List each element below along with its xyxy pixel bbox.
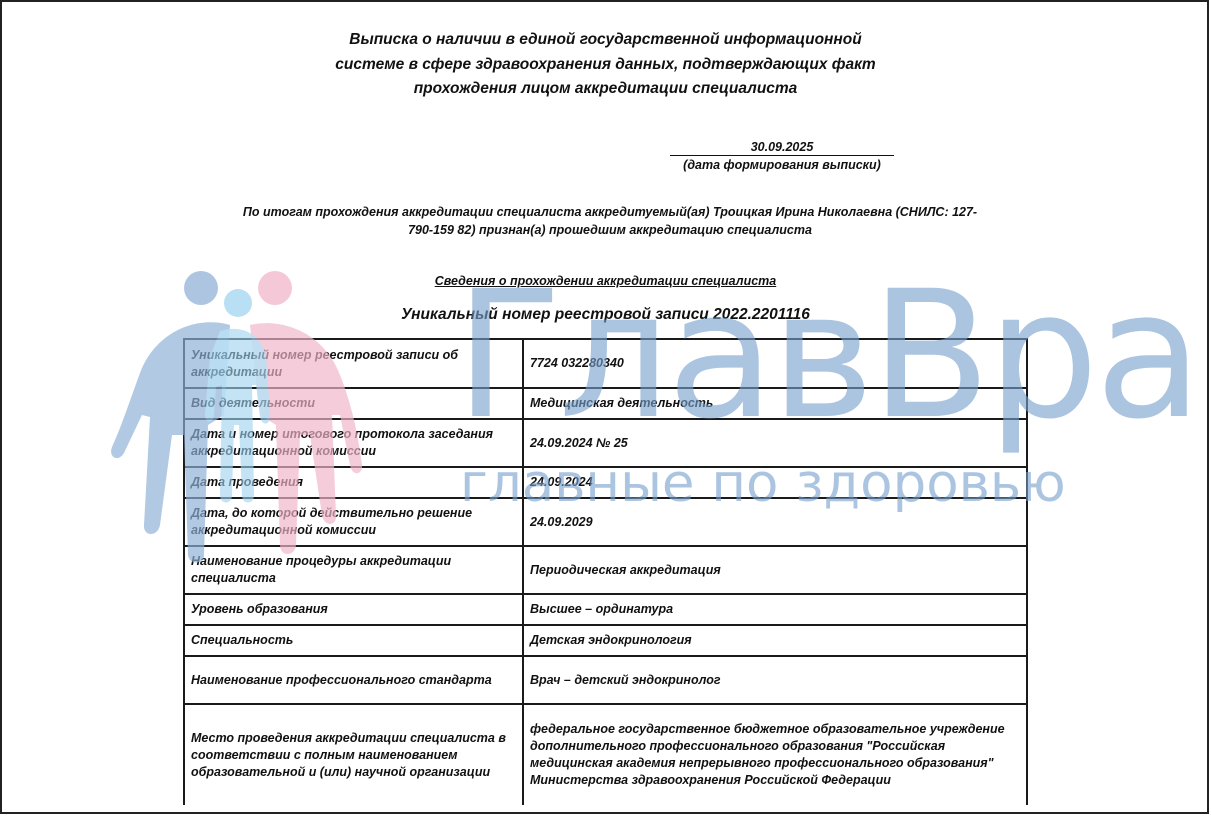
table-row: Специальность Детская эндокринология xyxy=(184,625,1027,656)
row-label: Уровень образования xyxy=(184,594,523,625)
table-row: Место проведения аккредитации специалист… xyxy=(184,704,1027,805)
intro-paragraph: По итогам прохождения аккредитации специ… xyxy=(190,204,1030,239)
title-line: прохождения лицом аккредитации специалис… xyxy=(0,77,1211,102)
registry-heading: Уникальный номер реестровой записи 2022.… xyxy=(0,305,1211,325)
table-row: Дата проведения 24.09.2024 xyxy=(184,467,1027,498)
row-label: Наименование профессионального стандарта xyxy=(184,656,523,704)
issue-date: 30.09.2025 xyxy=(670,139,894,156)
intro-line: По итогам прохождения аккредитации специ… xyxy=(190,204,1030,222)
row-label: Наименование процедуры аккредитации спец… xyxy=(184,546,523,594)
row-value: Периодическая аккредитация xyxy=(523,546,1027,594)
row-value: Медицинская деятельность xyxy=(523,388,1027,419)
title-line: Выписка о наличии в единой государственн… xyxy=(0,28,1211,53)
table-row: Дата и номер итогового протокола заседан… xyxy=(184,419,1027,467)
issue-date-caption: (дата формирования выписки) xyxy=(670,156,894,174)
table-row: Наименование процедуры аккредитации спец… xyxy=(184,546,1027,594)
row-label: Дата проведения xyxy=(184,467,523,498)
row-value: 7724 032280340 xyxy=(523,339,1027,388)
row-label: Дата, до которой действительно решение а… xyxy=(184,498,523,546)
table-row: Вид деятельности Медицинская деятельност… xyxy=(184,388,1027,419)
issue-date-block: 30.09.2025 (дата формирования выписки) xyxy=(670,139,894,174)
row-value: Высшее – ординатура xyxy=(523,594,1027,625)
table-row: Дата, до которой действительно решение а… xyxy=(184,498,1027,546)
table-row: Наименование профессионального стандарта… xyxy=(184,656,1027,704)
intro-line: 790-159 82) признан(а) прошедшим аккреди… xyxy=(190,222,1030,240)
title-line: системе в сфере здравоохранения данных, … xyxy=(0,53,1211,78)
row-label: Дата и номер итогового протокола заседан… xyxy=(184,419,523,467)
row-value: федеральное государственное бюджетное об… xyxy=(523,704,1027,805)
row-value: 24.09.2029 xyxy=(523,498,1027,546)
row-label: Уникальный номер реестровой записи об ак… xyxy=(184,339,523,388)
row-label: Специальность xyxy=(184,625,523,656)
document-title: Выписка о наличии в единой государственн… xyxy=(0,28,1211,102)
accreditation-table: Уникальный номер реестровой записи об ак… xyxy=(183,338,1028,805)
document-content: Выписка о наличии в единой государственн… xyxy=(0,0,1211,816)
row-value: 24.09.2024 xyxy=(523,467,1027,498)
row-label: Место проведения аккредитации специалист… xyxy=(184,704,523,805)
row-value: 24.09.2024 № 25 xyxy=(523,419,1027,467)
row-value: Врач – детский эндокринолог xyxy=(523,656,1027,704)
table-row: Уникальный номер реестровой записи об ак… xyxy=(184,339,1027,388)
table-row: Уровень образования Высшее – ординатура xyxy=(184,594,1027,625)
row-value: Детская эндокринология xyxy=(523,625,1027,656)
row-label: Вид деятельности xyxy=(184,388,523,419)
section-heading: Сведения о прохождении аккредитации спец… xyxy=(0,273,1211,289)
